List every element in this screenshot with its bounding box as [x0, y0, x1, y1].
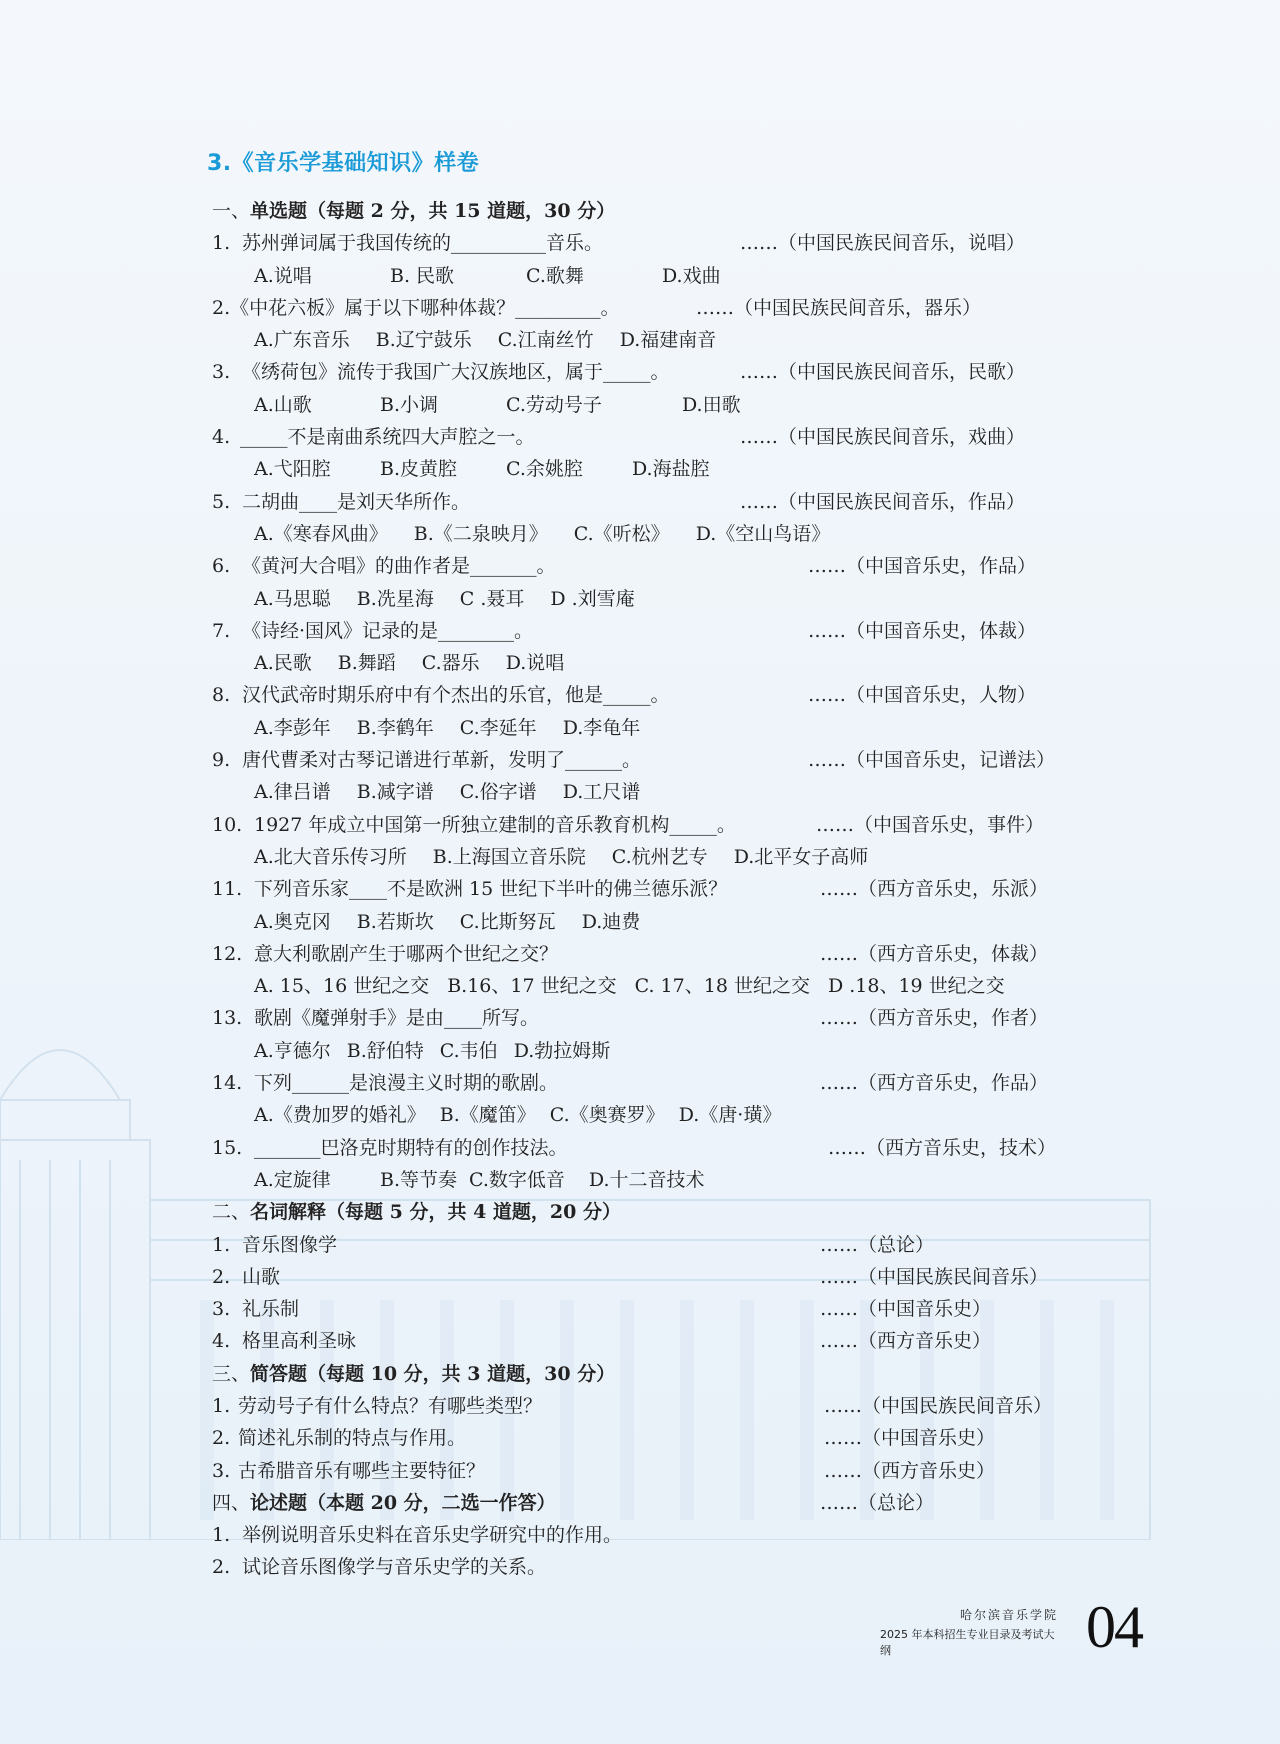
mc-2-options-1: B.小调 — [380, 389, 480, 421]
mc-6-options-2: C.器乐 — [422, 647, 480, 679]
sections-s3-head_num: 三、 — [212, 1363, 250, 1385]
mc-8-options-3: D.工尺谱 — [563, 776, 641, 808]
mc-8-options-2: C.俗字谱 — [460, 776, 537, 808]
question-10: 10.1927 年成立中国第一所独立建制的音乐教育机构_____。……（中国音乐… — [212, 809, 1082, 841]
options-15: A.定旋律B.等节奏C.数字低音D.十二音技术 — [212, 1164, 1082, 1196]
mc-14-text: _______巴洛克时期特有的创作技法。 — [254, 1137, 568, 1159]
mc-9-num: 10. — [212, 809, 254, 841]
topic-tag: ……（西方音乐史） — [824, 1455, 995, 1487]
mc-4-text: 二胡曲____是刘天华所作。 — [242, 491, 470, 513]
mc-6-options-1: B.舞蹈 — [338, 647, 396, 679]
mc-2-options-0: A.山歌 — [254, 389, 354, 421]
question-1: 1.苏州弹词属于我国传统的__________音乐。……（中国民族民间音乐，说唱… — [212, 227, 1082, 259]
topic-tag: ……（中国音乐史，记谱法） — [808, 744, 1055, 776]
mc-6-num: 7. — [212, 615, 242, 647]
question-5: 5.二胡曲____是刘天华所作。……（中国民族民间音乐，作品） — [212, 486, 1082, 518]
essay-1-num: 2. — [212, 1551, 242, 1583]
question-13: 13.歌剧《魔弹射手》是由____所写。……（西方音乐史，作者） — [212, 1002, 1082, 1034]
terms-2-num: 3. — [212, 1293, 242, 1325]
mc-5-options-3: D .刘雪庵 — [550, 583, 634, 615]
document-subtitle: 2025 年本科招生专业目录及考试大纲 — [880, 1626, 1058, 1658]
mc-3-options-0: A.弋阳腔 — [254, 453, 354, 485]
terms-3-num: 4. — [212, 1325, 242, 1357]
mc-3-options-3: D.海盐腔 — [632, 453, 710, 485]
mc-7-options-2: C.李延年 — [460, 712, 537, 744]
sections-s1-head: 单选题（每题 2 分，共 15 道题，30 分） — [250, 200, 615, 222]
mc-12-options-2: C.韦伯 — [440, 1035, 498, 1067]
mc-1-options-2: C.江南丝竹 — [498, 324, 594, 356]
topic-tag: ……（西方音乐史，体裁） — [820, 938, 1048, 970]
section-heading-essay: 四、论述题（本题 20 分，二选一作答）……（总论） — [212, 1487, 1082, 1519]
mc-13-options-2: C.《奥赛罗》 — [550, 1099, 665, 1131]
mc-10-options-0: A.奥克冈 — [254, 906, 331, 938]
options-14: A.《费加罗的婚礼》B.《魔笛》C.《奥赛罗》D.《唐·璜》 — [212, 1099, 1082, 1131]
mc-2-options-2: C.劳动号子 — [506, 389, 656, 421]
mc-9-options-3: D.北平女子高师 — [734, 841, 869, 873]
mc-1-options-1: B.辽宁鼓乐 — [376, 324, 472, 356]
mc-14-options-0: A.定旋律 — [254, 1164, 354, 1196]
topic-tag: ……（中国音乐史） — [824, 1422, 995, 1454]
mc-0-options-1: B. 民歌 — [390, 260, 500, 292]
options-1: A.说唱B. 民歌C.歌舞D.戏曲 — [212, 260, 1082, 292]
mc-7-options-3: D.李龟年 — [563, 712, 641, 744]
essay-1: 1.举例说明音乐史料在音乐史学研究中的作用。 — [212, 1519, 1082, 1551]
mc-10-options-1: B.若斯坎 — [357, 906, 434, 938]
mc-11-text: 意大利歌剧产生于哪两个世纪之交？ — [254, 943, 558, 965]
mc-5-options-0: A.马思聪 — [254, 583, 331, 615]
sections-s2-head_num: 二、 — [212, 1201, 250, 1223]
mc-11-options-0: A. 15、16 世纪之交 — [254, 970, 429, 1002]
mc-4-options-0: A.《寒春风曲》 — [254, 518, 388, 550]
options-11: A.奥克冈B.若斯坎C.比斯努瓦D.迪费 — [212, 906, 1082, 938]
topic-tag: ……（西方音乐史，乐派） — [820, 873, 1048, 905]
sections-s3-head: 简答题（每题 10 分，共 3 道题，30 分） — [250, 1363, 615, 1385]
mc-4-options-2: C.《听松》 — [574, 518, 670, 550]
mc-13-text: 下列______是浪漫主义时期的歌剧。 — [254, 1072, 558, 1094]
short-answer-2: 2.简述礼乐制的特点与作用。……（中国音乐史） — [212, 1422, 1082, 1454]
term-3: 3.礼乐制……（中国音乐史） — [212, 1293, 1082, 1325]
short-2-num: 3. — [212, 1455, 238, 1487]
short-0-text: 劳动号子有什么特点？有哪些类型？ — [238, 1395, 542, 1417]
mc-4-num: 5. — [212, 486, 242, 518]
section-heading-single-choice: 一、单选题（每题 2 分，共 15 道题，30 分） — [212, 195, 1082, 227]
topic-tag: ……（中国音乐史，人物） — [808, 679, 1036, 711]
topic-tag: ……（中国民族民间音乐） — [824, 1390, 1052, 1422]
question-8: 8.汉代武帝时期乐府中有个杰出的乐官，他是_____。……（中国音乐史，人物） — [212, 679, 1082, 711]
question-14: 14.下列______是浪漫主义时期的歌剧。……（西方音乐史，作品） — [212, 1067, 1082, 1099]
short-0-num: 1. — [212, 1390, 238, 1422]
mc-13-options-1: B.《魔笛》 — [440, 1099, 536, 1131]
short-1-text: 简述礼乐制的特点与作用。 — [238, 1427, 466, 1449]
term-4: 4.格里高利圣咏……（西方音乐史） — [212, 1325, 1082, 1357]
mc-14-num: 15. — [212, 1132, 254, 1164]
mc-3-options-2: C.余姚腔 — [506, 453, 606, 485]
essay-0-num: 1. — [212, 1519, 242, 1551]
mc-1-num: 2. — [212, 297, 230, 319]
terms-0-text: 音乐图像学 — [242, 1234, 337, 1256]
mc-14-options-1: B.等节奏 — [380, 1164, 457, 1196]
terms-3-text: 格里高利圣咏 — [242, 1330, 356, 1352]
options-7: A.民歌B.舞蹈C.器乐D.说唱 — [212, 647, 1082, 679]
mc-12-options-0: A.亨德尔 — [254, 1035, 331, 1067]
short-answer-1: 1.劳动号子有什么特点？有哪些类型？……（中国民族民间音乐） — [212, 1390, 1082, 1422]
mc-7-text: 汉代武帝时期乐府中有个杰出的乐官，他是_____。 — [242, 684, 670, 706]
mc-2-text: 《绣荷包》流传于我国广大汉族地区，属于_____。 — [242, 361, 670, 383]
sections-s2-head: 名词解释（每题 5 分，共 4 道题，20 分） — [250, 1201, 621, 1223]
mc-8-num: 9. — [212, 744, 242, 776]
mc-14-options-2: C.数字低音 — [469, 1164, 565, 1196]
mc-7-num: 8. — [212, 679, 242, 711]
mc-8-options-1: B.减字谱 — [357, 776, 434, 808]
question-2: 2.《中花六板》属于以下哪种体裁？_________。……（中国民族民间音乐，器… — [212, 292, 1082, 324]
topic-tag: ……（西方音乐史，作者） — [820, 1002, 1048, 1034]
mc-11-options-1: B.16、17 世纪之交 — [447, 970, 616, 1002]
mc-6-options-3: D.说唱 — [506, 647, 565, 679]
section-heading-short-answer: 三、简答题（每题 10 分，共 3 道题，30 分） — [212, 1358, 1082, 1390]
mc-11-num: 12. — [212, 938, 254, 970]
mc-12-options-1: B.舒伯特 — [347, 1035, 424, 1067]
essay-2: 2.试论音乐图像学与音乐史学的关系。 — [212, 1551, 1082, 1583]
topic-tag: ……（中国音乐史，作品） — [808, 550, 1036, 582]
topic-tag: ……（中国民族民间音乐，民歌） — [740, 356, 1025, 388]
topic-tag: ……（总论） — [820, 1229, 934, 1261]
mc-12-text: 歌剧《魔弹射手》是由____所写。 — [254, 1007, 539, 1029]
page-number: 04 — [1086, 1592, 1142, 1662]
question-15: 15._______巴洛克时期特有的创作技法。……（西方音乐史，技术） — [212, 1132, 1082, 1164]
mc-3-num: 4. — [212, 421, 240, 453]
topic-tag: ……（西方音乐史，作品） — [820, 1067, 1048, 1099]
mc-2-options-3: D.田歌 — [682, 389, 741, 421]
options-5: A.《寒春风曲》B.《二泉映月》C.《听松》D.《空山鸟语》 — [212, 518, 1082, 550]
topic-tag: ……（中国民族民间音乐，戏曲） — [740, 421, 1025, 453]
term-2: 2.山歌……（中国民族民间音乐） — [212, 1261, 1082, 1293]
topic-tag: ……（中国民族民间音乐，器乐） — [696, 292, 981, 324]
question-9: 9.唐代曹柔对古琴记谱进行革新，发明了______。……（中国音乐史，记谱法） — [212, 744, 1082, 776]
mc-1-text: 《中花六板》属于以下哪种体裁？_________。 — [230, 297, 620, 319]
mc-3-text: _____不是南曲系统四大声腔之一。 — [240, 426, 535, 448]
mc-10-options-2: C.比斯努瓦 — [460, 906, 556, 938]
mc-1-options-3: D.福建南音 — [620, 324, 717, 356]
mc-5-num: 6. — [212, 550, 242, 582]
terms-1-text: 山歌 — [242, 1266, 280, 1288]
mc-4-options-1: B.《二泉映月》 — [414, 518, 548, 550]
options-12: A. 15、16 世纪之交B.16、17 世纪之交C. 17、18 世纪之交D … — [212, 970, 1082, 1002]
mc-13-options-3: D.《唐·璜》 — [679, 1099, 782, 1131]
question-12: 12.意大利歌剧产生于哪两个世纪之交？……（西方音乐史，体裁） — [212, 938, 1082, 970]
mc-12-num: 13. — [212, 1002, 254, 1034]
terms-0-num: 1. — [212, 1229, 242, 1261]
mc-10-text: 下列音乐家____不是欧洲 15 世纪下半叶的佛兰德乐派？ — [254, 878, 727, 900]
mc-7-options-0: A.李彭年 — [254, 712, 331, 744]
page-title: 3.《音乐学基础知识》样卷 — [207, 146, 479, 177]
mc-1-options-0: A.广东音乐 — [254, 324, 350, 356]
options-2: A.广东音乐B.辽宁鼓乐C.江南丝竹D.福建南音 — [212, 324, 1082, 356]
mc-14-options-3: D.十二音技术 — [589, 1164, 705, 1196]
mc-9-text: 1927 年成立中国第一所独立建制的音乐教育机构_____。 — [254, 814, 736, 836]
mc-6-text: 《诗经·国风》记录的是________。 — [242, 620, 533, 642]
page-footer: 哈尔滨音乐学院 2025 年本科招生专业目录及考试大纲 04 — [880, 1596, 1180, 1666]
mc-10-num: 11. — [212, 873, 254, 905]
mc-9-options-1: B.上海国立音乐院 — [433, 841, 586, 873]
mc-12-options-3: D.勃拉姆斯 — [514, 1035, 611, 1067]
mc-6-options-0: A.民歌 — [254, 647, 312, 679]
options-4: A.弋阳腔B.皮黄腔C.余姚腔D.海盐腔 — [212, 453, 1082, 485]
mc-0-options-2: C.歌舞 — [526, 260, 636, 292]
mc-5-options-1: B.冼星海 — [357, 583, 434, 615]
mc-13-num: 14. — [212, 1067, 254, 1099]
topic-tag: ……（西方音乐史，技术） — [828, 1132, 1056, 1164]
school-name: 哈尔滨音乐学院 — [960, 1606, 1058, 1623]
sections-s4-head_num: 四、 — [212, 1492, 250, 1514]
topic-tag: ……（中国民族民间音乐，说唱） — [740, 227, 1025, 259]
mc-0-options-3: D.戏曲 — [662, 260, 721, 292]
terms-1-num: 2. — [212, 1261, 242, 1293]
mc-3-options-1: B.皮黄腔 — [380, 453, 480, 485]
mc-4-options-3: D.《空山鸟语》 — [696, 518, 831, 550]
mc-8-text: 唐代曹柔对古琴记谱进行革新，发明了______。 — [242, 749, 641, 771]
topic-tag: ……（中国音乐史，体裁） — [808, 615, 1036, 647]
mc-11-options-2: C. 17、18 世纪之交 — [635, 970, 810, 1002]
topic-tag: ……（中国民族民间音乐，作品） — [740, 486, 1025, 518]
options-8: A.李彭年B.李鹤年C.李延年D.李龟年 — [212, 712, 1082, 744]
mc-7-options-1: B.李鹤年 — [357, 712, 434, 744]
short-2-text: 古希腊音乐有哪些主要特征？ — [238, 1460, 485, 1482]
exam-content: 一、单选题（每题 2 分，共 15 道题，30 分） 1.苏州弹词属于我国传统的… — [212, 195, 1082, 1584]
mc-8-options-0: A.律吕谱 — [254, 776, 331, 808]
topic-tag: ……（西方音乐史） — [820, 1325, 991, 1357]
mc-0-options-0: A.说唱 — [254, 260, 364, 292]
options-13: A.亨德尔B.舒伯特C.韦伯D.勃拉姆斯 — [212, 1035, 1082, 1067]
options-9: A.律吕谱B.减字谱C.俗字谱D.工尺谱 — [212, 776, 1082, 808]
mc-0-num: 1. — [212, 227, 242, 259]
mc-11-options-3: D .18、19 世纪之交 — [828, 970, 1005, 1002]
options-6: A.马思聪B.冼星海C .聂耳D .刘雪庵 — [212, 583, 1082, 615]
essay-1-text: 试论音乐图像学与音乐史学的关系。 — [242, 1556, 546, 1578]
options-3: A.山歌B.小调C.劳动号子D.田歌 — [212, 389, 1082, 421]
sections-s4-head: 论述题（本题 20 分，二选一作答） — [250, 1492, 556, 1514]
question-4: 4._____不是南曲系统四大声腔之一。……（中国民族民间音乐，戏曲） — [212, 421, 1082, 453]
short-1-num: 2. — [212, 1422, 238, 1454]
topic-tag: ……（中国音乐史） — [820, 1293, 991, 1325]
term-1: 1.音乐图像学……（总论） — [212, 1229, 1082, 1261]
mc-13-options-0: A.《费加罗的婚礼》 — [254, 1099, 426, 1131]
mc-2-num: 3. — [212, 356, 242, 388]
question-3: 3.《绣荷包》流传于我国广大汉族地区，属于_____。……（中国民族民间音乐，民… — [212, 356, 1082, 388]
mc-9-options-2: C.杭州艺专 — [612, 841, 708, 873]
sections-s1-head_num: 一、 — [212, 200, 250, 222]
options-10: A.北大音乐传习所B.上海国立音乐院C.杭州艺专D.北平女子高师 — [212, 841, 1082, 873]
mc-5-text: 《黄河大合唱》的曲作者是_______。 — [242, 555, 556, 577]
essay-0-text: 举例说明音乐史料在音乐史学研究中的作用。 — [242, 1524, 622, 1546]
question-11: 11.下列音乐家____不是欧洲 15 世纪下半叶的佛兰德乐派？……（西方音乐史… — [212, 873, 1082, 905]
question-7: 7.《诗经·国风》记录的是________。……（中国音乐史，体裁） — [212, 615, 1082, 647]
short-answer-3: 3.古希腊音乐有哪些主要特征？……（西方音乐史） — [212, 1455, 1082, 1487]
mc-10-options-3: D.迪费 — [582, 906, 641, 938]
mc-9-options-0: A.北大音乐传习所 — [254, 841, 407, 873]
section-heading-term-definitions: 二、名词解释（每题 5 分，共 4 道题，20 分） — [212, 1196, 1082, 1228]
mc-5-options-2: C .聂耳 — [460, 583, 525, 615]
topic-tag: ……（中国民族民间音乐） — [820, 1261, 1048, 1293]
topic-tag: ……（中国音乐史，事件） — [816, 809, 1044, 841]
topic-tag: ……（总论） — [820, 1487, 934, 1519]
question-6: 6.《黄河大合唱》的曲作者是_______。……（中国音乐史，作品） — [212, 550, 1082, 582]
terms-2-text: 礼乐制 — [242, 1298, 299, 1320]
mc-0-text: 苏州弹词属于我国传统的__________音乐。 — [242, 232, 603, 254]
